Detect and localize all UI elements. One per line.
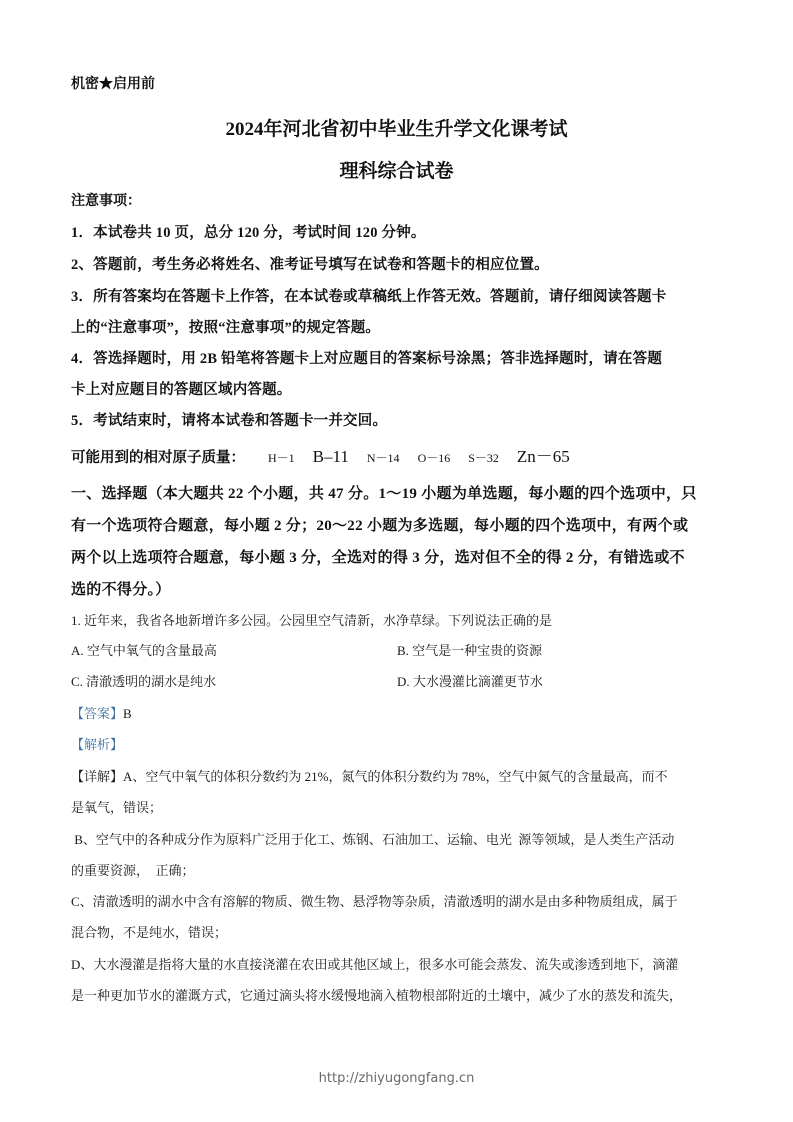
notice-line-3-cont: 上的“注意事项”，按照“注意事项”的规定答题。 bbox=[71, 316, 380, 337]
atomic-mass-h: H－1 bbox=[268, 451, 295, 465]
question1-stem: 1. 近年来，我省各地新增许多公园。公园里空气清新，水净草绿。下列说法正确的是 bbox=[71, 610, 552, 629]
question1-option-d: D. 大水漫灌比滴灌更节水 bbox=[397, 671, 543, 690]
question1-option-c: C. 清澈透明的湖水是纯水 bbox=[71, 671, 216, 690]
exam-title: 2024年河北省初中毕业生升学文化课考试 bbox=[0, 114, 793, 141]
section1-line-1: 一、选择题（本大题共 22 个小题，共 47 分。1～19 小题为单选题，每小题… bbox=[71, 482, 697, 503]
answer-label: 【答案】 bbox=[71, 706, 123, 721]
atomic-mass-s: S－32 bbox=[468, 451, 499, 465]
detail-line-8: 是一种更加节水的灌溉方式，它通过滴头将水缓慢地滴入植物根部附近的土壤中，减少了水… bbox=[71, 985, 682, 1004]
detail-label: 【详解】 bbox=[71, 769, 123, 784]
exam-subtitle: 理科综合试卷 bbox=[0, 156, 793, 183]
answer-value: B bbox=[123, 706, 132, 721]
notice-line-2: 2、答题前，考生务必将姓名、准考证号填写在试卷和答题卡的相应位置。 bbox=[71, 253, 549, 274]
atomic-mass-label: 可能用到的相对原子质量： bbox=[71, 446, 245, 467]
atomic-mass-b: B–11 bbox=[313, 447, 349, 466]
atomic-mass-zn: Zn－65 bbox=[517, 447, 570, 466]
detail-line-7: D、大水漫灌是指将大量的水直接浇灌在农田或其他区域上，很多水可能会蒸发、流失或渗… bbox=[71, 954, 678, 973]
section1-line-2: 有一个选项符合题意，每小题 2 分；20～22 小题为多选题，每小题的四个选项中… bbox=[71, 514, 688, 535]
exam-page: 机密★启用前 2024年河北省初中毕业生升学文化课考试 理科综合试卷 注意事项：… bbox=[0, 0, 793, 1122]
detail-text-a: A、空气中氧气的体积分数约为 21%，氮气的体积分数约为 78%，空气中氮气的含… bbox=[123, 769, 668, 784]
atomic-mass-n: N－14 bbox=[367, 451, 400, 465]
detail-line-2: 是氧气，错误； bbox=[71, 797, 162, 816]
atomic-mass-list: H－1 B–11 N－14 O－16 S－32 Zn－65 bbox=[268, 442, 584, 467]
notice-heading: 注意事项： bbox=[71, 190, 141, 210]
notice-line-3: 3．所有答案均在答题卡上作答，在本试卷或草稿纸上作答无效。答题前，请仔细阅读答题… bbox=[71, 285, 666, 306]
notice-line-5: 5．考试结束时，请将本试卷和答题卡一并交回。 bbox=[71, 409, 387, 430]
detail-line-4: 的重要资源， 正确； bbox=[71, 860, 195, 879]
question1-option-a: A. 空气中氧气的含量最高 bbox=[71, 640, 217, 659]
notice-line-4-cont: 卡上对应题目的答题区域内答题。 bbox=[71, 378, 292, 399]
confidential-label: 机密★启用前 bbox=[71, 73, 155, 93]
question1-answer: 【答案】B bbox=[71, 703, 132, 722]
atomic-mass-o: O－16 bbox=[418, 451, 451, 465]
notice-line-4: 4．答选择题时，用 2B 铅笔将答题卡上对应题目的答案标号涂黑；答非选择题时，请… bbox=[71, 347, 662, 368]
detail-line-6: 混合物，不是纯水，错误； bbox=[71, 922, 227, 941]
question1-option-b: B. 空气是一种宝贵的资源 bbox=[397, 640, 542, 659]
detail-line-1: 【详解】A、空气中氧气的体积分数约为 21%，氮气的体积分数约为 78%，空气中… bbox=[71, 766, 668, 785]
notice-line-1: 1．本试卷共 10 页，总分 120 分，考试时间 120 分钟。 bbox=[71, 221, 426, 242]
detail-line-3: B、空气中的各种成分作为原料广泛用于化工、炼钢、石油加工、运输、电光 源等领域，… bbox=[71, 829, 674, 848]
analysis-label: 【解析】 bbox=[71, 734, 123, 753]
footer-url-link[interactable]: http://zhiyugongfang.cn bbox=[0, 1071, 793, 1086]
section1-line-4: 选的不得分。） bbox=[71, 578, 171, 599]
detail-line-5: C、清澈透明的湖水中含有溶解的物质、微生物、悬浮物等杂质，清澈透明的湖水是由多种… bbox=[71, 891, 678, 910]
section1-line-3: 两个以上选项符合题意，每小题 3 分，全选对的得 3 分，选对但不全的得 2 分… bbox=[71, 546, 685, 567]
